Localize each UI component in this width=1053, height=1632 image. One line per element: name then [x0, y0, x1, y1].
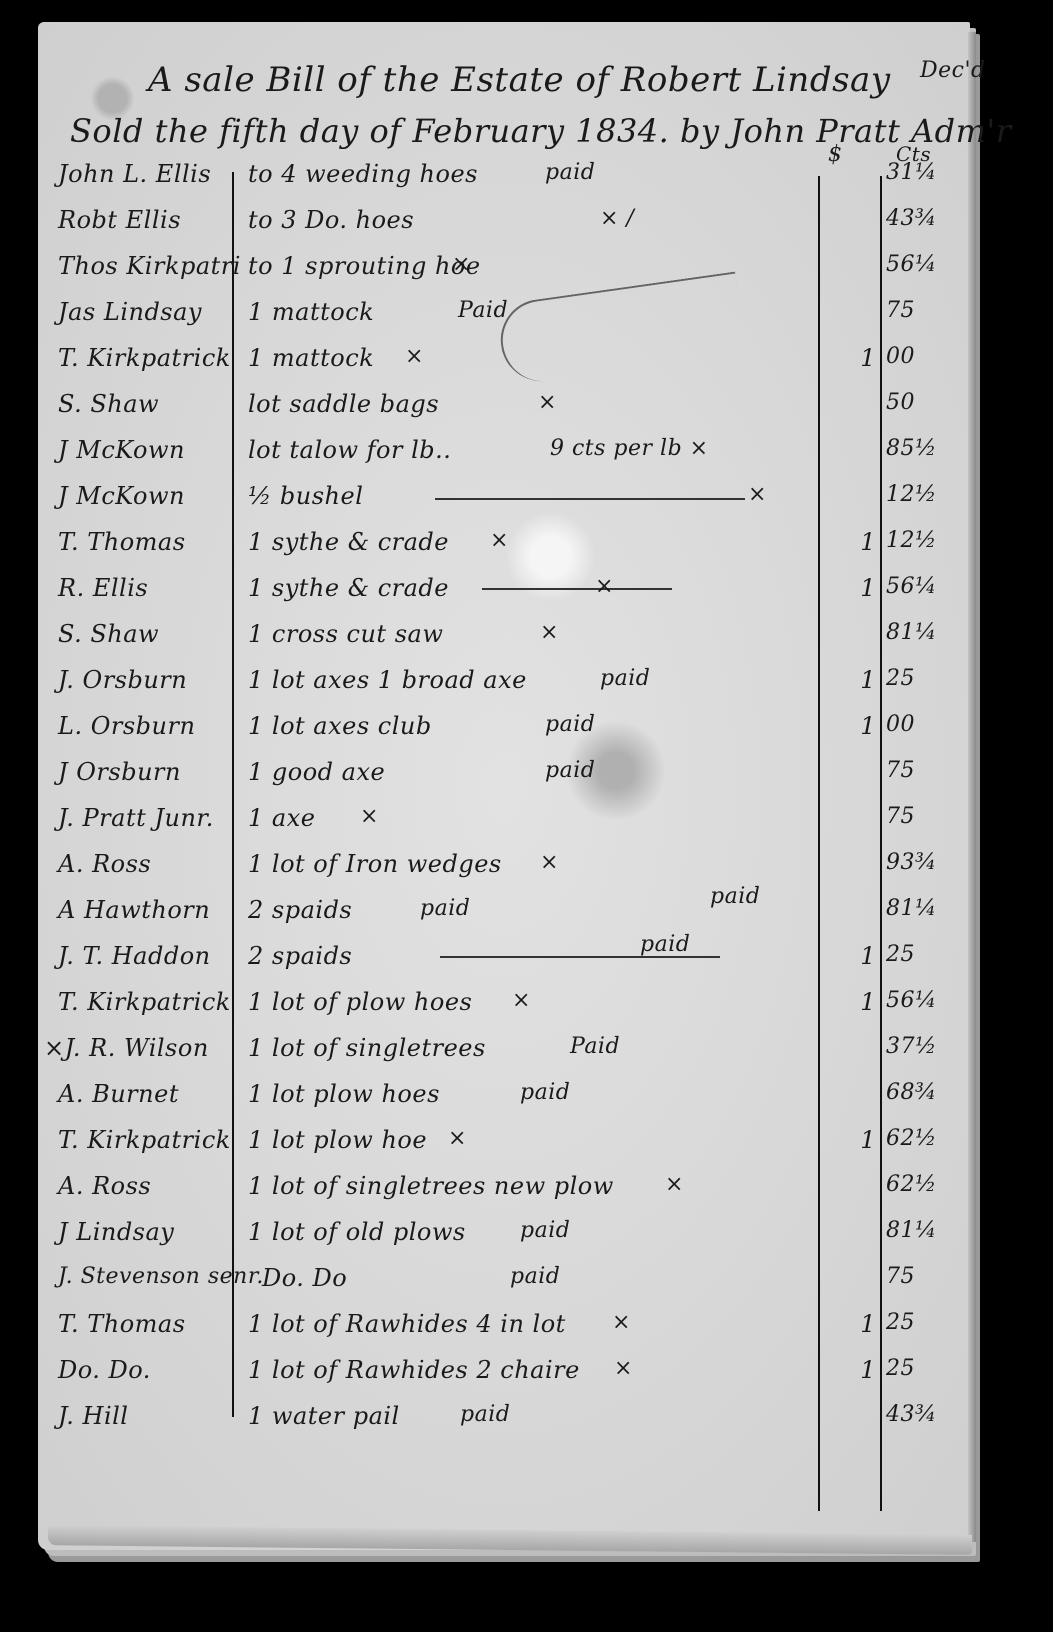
- payment-note: paid: [420, 896, 470, 921]
- amount-cents: 37½: [886, 1034, 937, 1059]
- item-description: 1 lot plow hoes: [248, 1080, 440, 1108]
- amount-cents: 81¼: [886, 896, 937, 921]
- buyer-name: J McKown: [58, 436, 185, 464]
- amount-cents: 12½: [886, 482, 937, 507]
- buyer-name: J. Orsburn: [58, 666, 187, 694]
- buyer-name: T. Thomas: [58, 1310, 186, 1338]
- item-description: 1 cross cut saw: [248, 620, 443, 648]
- buyer-name: T. Kirkpatrick: [58, 344, 231, 372]
- amount-dollars: 1: [854, 1126, 876, 1154]
- buyer-name: S. Shaw: [58, 390, 159, 418]
- amount-cents: 81¼: [886, 620, 937, 645]
- item-description: 1 lot of old plows: [248, 1218, 466, 1246]
- amount-cents: 75: [886, 1264, 915, 1289]
- item-description: 1 sythe & crade: [248, 574, 449, 602]
- amount-dollars: 1: [854, 666, 876, 694]
- amount-cents: 56¼: [886, 574, 937, 599]
- buyer-name: T. Kirkpatrick: [58, 988, 231, 1016]
- amount-cents: 00: [886, 344, 915, 369]
- table-row: L. Orsburn 1 lot axes club paid 1 00: [0, 712, 1053, 756]
- item-description: 1 lot axes club: [248, 712, 432, 740]
- amount-cents: 25: [886, 1356, 915, 1381]
- payment-note: ×: [360, 804, 379, 829]
- payment-note: Paid: [570, 1034, 620, 1059]
- buyer-name: A. Ross: [58, 850, 151, 878]
- payment-note: paid: [640, 932, 690, 957]
- amount-cents: 68¾: [886, 1080, 937, 1105]
- payment-note: paid: [520, 1218, 570, 1243]
- payment-note: ×: [748, 482, 767, 507]
- buyer-name: J. Hill: [58, 1402, 128, 1430]
- buyer-name: A. Ross: [58, 1172, 151, 1200]
- table-row: T. Thomas 1 sythe & crade × 1 12½: [0, 528, 1053, 572]
- amount-cents: 25: [886, 942, 915, 967]
- buyer-name: Thos Kirkpatri: [58, 252, 241, 280]
- item-description: 1 mattock: [248, 344, 374, 372]
- amount-dollars: 1: [854, 574, 876, 602]
- payment-note: Paid: [458, 298, 508, 323]
- amount-cents: 31¼: [886, 160, 937, 185]
- buyer-name: J. Stevenson senr.: [58, 1264, 264, 1289]
- payment-note: ×: [452, 252, 471, 277]
- item-description: 1 lot of singletrees: [248, 1034, 486, 1062]
- table-row: Do. Do. 1 lot of Rawhides 2 chaire × 1 2…: [0, 1356, 1053, 1400]
- buyer-name: A Hawthorn: [58, 896, 210, 924]
- item-description: 1 water pail: [248, 1402, 400, 1430]
- table-row: J. Orsburn 1 lot axes 1 broad axe paid 1…: [0, 666, 1053, 710]
- amount-cents: 43¾: [886, 206, 937, 231]
- buyer-name: Robt Ellis: [58, 206, 181, 234]
- buyer-name: Do. Do.: [58, 1356, 151, 1384]
- table-row: T. Thomas 1 lot of Rawhides 4 in lot × 1…: [0, 1310, 1053, 1354]
- payment-note-secondary: paid: [710, 884, 760, 909]
- amount-cents: 56¼: [886, 988, 937, 1013]
- amount-cents: 62½: [886, 1126, 937, 1151]
- amount-cents: 25: [886, 666, 915, 691]
- table-row: J. Pratt Junr. 1 axe × 75: [0, 804, 1053, 848]
- table-row: R. Ellis 1 sythe & crade × 1 56¼: [0, 574, 1053, 618]
- buyer-name: L. Orsburn: [58, 712, 195, 740]
- amount-cents: 85½: [886, 436, 937, 461]
- table-row: J Lindsay 1 lot of old plows paid 81¼: [0, 1218, 1053, 1262]
- payment-note: ×: [540, 850, 559, 875]
- buyer-name: J. T. Haddon: [58, 942, 211, 970]
- buyer-name: T. Thomas: [58, 528, 186, 556]
- buyer-name: J Orsburn: [58, 758, 181, 786]
- payment-note: × /: [600, 206, 634, 231]
- amount-cents: 00: [886, 712, 915, 737]
- table-row: Robt Ellis to 3 Do. hoes × / 43¾: [0, 206, 1053, 250]
- fill-line: [482, 588, 672, 590]
- table-row: ×J. R. Wilson 1 lot of singletrees Paid …: [0, 1034, 1053, 1078]
- buyer-name: Jas Lindsay: [58, 298, 202, 326]
- item-description: 1 lot plow hoe: [248, 1126, 427, 1154]
- amount-dollars: 1: [854, 1310, 876, 1338]
- amount-cents: 62½: [886, 1172, 937, 1197]
- item-description: 1 lot of Iron wedges: [248, 850, 502, 878]
- table-row: S. Shaw lot saddle bags × 50: [0, 390, 1053, 434]
- amount-dollars: 1: [854, 344, 876, 372]
- buyer-name: T. Kirkpatrick: [58, 1126, 231, 1154]
- payment-note: paid: [545, 712, 595, 737]
- item-description: 1 lot axes 1 broad axe: [248, 666, 527, 694]
- amount-dollars: 1: [854, 1356, 876, 1384]
- payment-note: ×: [512, 988, 531, 1013]
- buyer-name: A. Burnet: [58, 1080, 179, 1108]
- table-row: A Hawthorn 2 spaids paid paid 81¼: [0, 896, 1053, 940]
- item-description: to 4 weeding hoes: [248, 160, 478, 188]
- table-row: Thos Kirkpatri to 1 sprouting hoe × 56¼: [0, 252, 1053, 296]
- item-description: 1 good axe: [248, 758, 385, 786]
- payment-note: ×: [665, 1172, 684, 1197]
- payment-note: paid: [520, 1080, 570, 1105]
- item-description: 2 spaids: [248, 896, 352, 924]
- payment-note: ×: [538, 390, 557, 415]
- table-row: J Orsburn 1 good axe paid 75: [0, 758, 1053, 802]
- item-description: Do. Do: [262, 1264, 347, 1292]
- table-row: J McKown ½ bushel × 12½: [0, 482, 1053, 526]
- amount-cents: 75: [886, 298, 915, 323]
- table-row: T. Kirkpatrick 1 lot of plow hoes × 1 56…: [0, 988, 1053, 1032]
- buyer-name: ×J. R. Wilson: [44, 1034, 209, 1062]
- table-row: S. Shaw 1 cross cut saw × 81¼: [0, 620, 1053, 664]
- buyer-name: S. Shaw: [58, 620, 159, 648]
- amount-cents: 81¼: [886, 1218, 937, 1243]
- item-description: lot saddle bags: [248, 390, 439, 418]
- table-row: A. Ross 1 lot of singletrees new plow × …: [0, 1172, 1053, 1216]
- item-description: to 1 sprouting hoe: [248, 252, 481, 280]
- buyer-name: John L. Ellis: [58, 160, 211, 188]
- table-row: J McKown lot talow for lb.. 9 cts per lb…: [0, 436, 1053, 480]
- item-description: to 3 Do. hoes: [248, 206, 414, 234]
- item-description: 1 sythe & crade: [248, 528, 449, 556]
- amount-cents: 56¼: [886, 252, 937, 277]
- item-description: 1 lot of singletrees new plow: [248, 1172, 614, 1200]
- payment-note: ×: [540, 620, 559, 645]
- table-row: J. T. Haddon 2 spaids paid 1 25: [0, 942, 1053, 986]
- payment-note: ×: [612, 1310, 631, 1335]
- payment-note: paid: [600, 666, 650, 691]
- buyer-name: J. Pratt Junr.: [58, 804, 214, 832]
- amount-dollars: 1: [854, 942, 876, 970]
- table-row: A. Burnet 1 lot plow hoes paid 68¾: [0, 1080, 1053, 1124]
- item-description: 1 lot of Rawhides 4 in lot: [248, 1310, 566, 1338]
- buyer-name: R. Ellis: [58, 574, 148, 602]
- payment-note: ×: [448, 1126, 467, 1151]
- item-description: 1 axe: [248, 804, 315, 832]
- payment-note: paid: [545, 160, 595, 185]
- item-description: 2 spaids: [248, 942, 352, 970]
- table-row: J. Stevenson senr. Do. Do paid 75: [0, 1264, 1053, 1308]
- item-description: 1 lot of Rawhides 2 chaire: [248, 1356, 580, 1384]
- payment-note: ×: [595, 574, 614, 599]
- payment-note: paid: [510, 1264, 560, 1289]
- document-subtitle: Sold the fifth day of February 1834. by …: [70, 112, 1012, 150]
- payment-note: ×: [614, 1356, 633, 1381]
- buyer-name: J McKown: [58, 482, 185, 510]
- amount-cents: 75: [886, 758, 915, 783]
- payment-note: ×: [490, 528, 509, 553]
- table-row: T. Kirkpatrick 1 mattock × 1 00: [0, 344, 1053, 388]
- payment-note: ×: [405, 344, 424, 369]
- table-row: John L. Ellis to 4 weeding hoes paid 31¼: [0, 160, 1053, 204]
- amount-cents: 50: [886, 390, 915, 415]
- item-description: 1 mattock: [248, 298, 374, 326]
- table-row: A. Ross 1 lot of Iron wedges × 93¾: [0, 850, 1053, 894]
- payment-note: 9 cts per lb ×: [550, 436, 709, 461]
- item-description: ½ bushel: [248, 482, 363, 510]
- title-suffix-deceased: Dec'd: [920, 58, 986, 83]
- item-description: 1 lot of plow hoes: [248, 988, 472, 1016]
- document-title: A sale Bill of the Estate of Robert Lind…: [148, 60, 891, 100]
- fill-line: [435, 498, 745, 500]
- table-row: T. Kirkpatrick 1 lot plow hoe × 1 62½: [0, 1126, 1053, 1170]
- amount-dollars: 1: [854, 988, 876, 1016]
- amount-cents: 93¾: [886, 850, 937, 875]
- table-row: Jas Lindsay 1 mattock Paid 75: [0, 298, 1053, 342]
- buyer-name: J Lindsay: [58, 1218, 174, 1246]
- amount-cents: 75: [886, 804, 915, 829]
- table-row: J. Hill 1 water pail paid 43¾: [0, 1402, 1053, 1446]
- amount-cents: 12½: [886, 528, 937, 553]
- amount-dollars: 1: [854, 712, 876, 740]
- item-description: lot talow for lb..: [248, 436, 451, 464]
- amount-dollars: 1: [854, 528, 876, 556]
- amount-cents: 43¾: [886, 1402, 937, 1427]
- payment-note: paid: [460, 1402, 510, 1427]
- payment-note: paid: [545, 758, 595, 783]
- amount-cents: 25: [886, 1310, 915, 1335]
